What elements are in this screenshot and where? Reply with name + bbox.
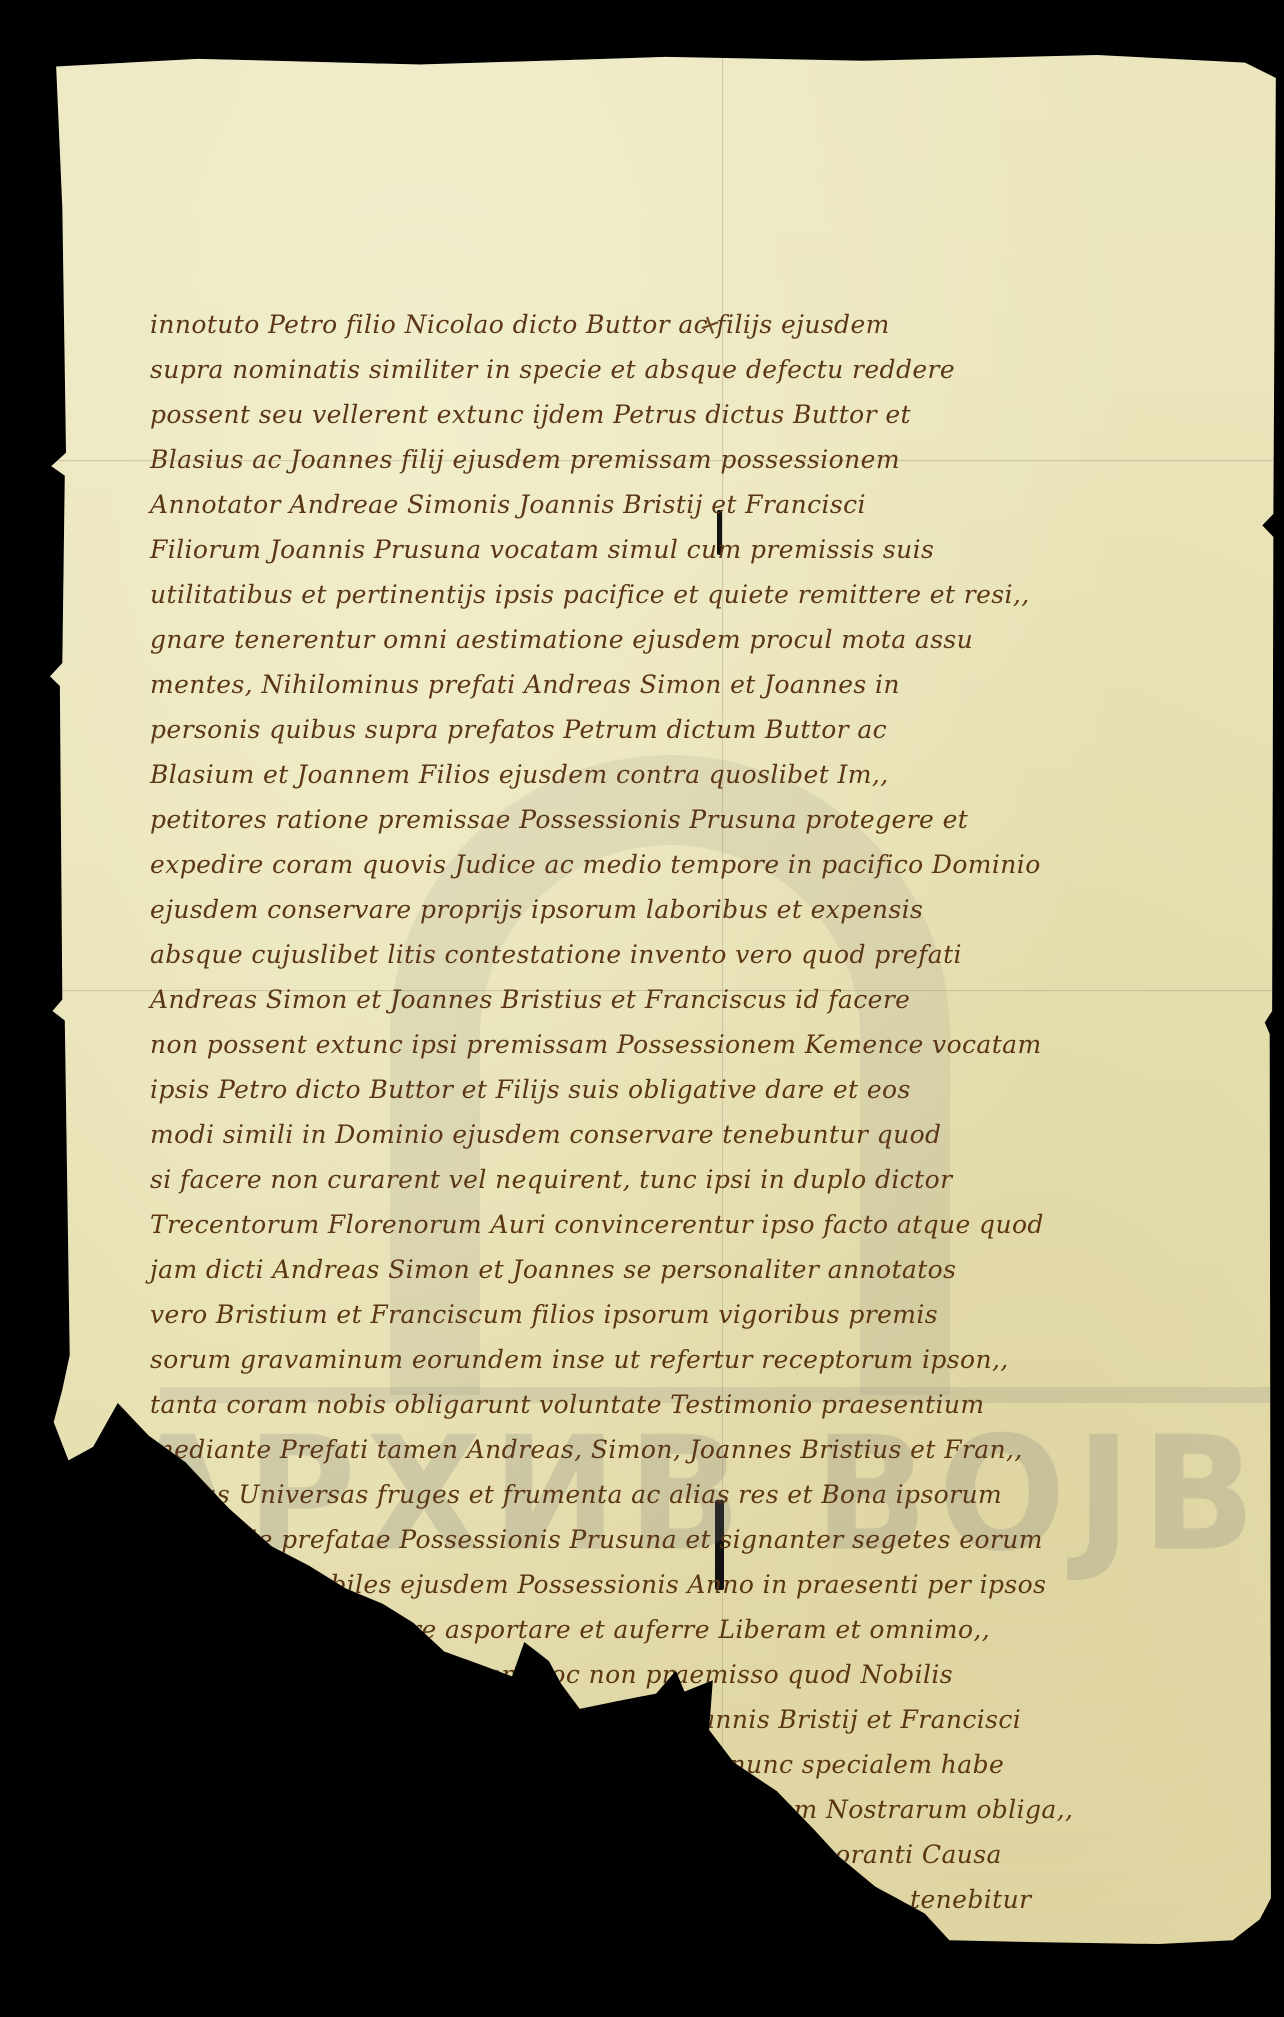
text-line: dam habebunt facultatem hoc non praemiss… xyxy=(190,1660,953,1689)
text-line: ...n alias ...istere commoranti Causa xyxy=(530,1840,1002,1869)
text-line: Blasius ac Joannes filij ejusdem premiss… xyxy=(150,445,900,474)
text-line: sorum gravaminum eorundem inse ut refert… xyxy=(150,1345,1009,1374)
text-line: mediante Prefati tamen Andreas, Simon, J… xyxy=(150,1435,1023,1464)
text-line: gnare tenerentur omni aestimatione ejusd… xyxy=(150,625,973,654)
text-line: personis quibus supra prefatos Petrum di… xyxy=(150,715,887,744)
text-line: Annotator Andreae Simonis Joannis Bristi… xyxy=(150,490,866,519)
text-line: ipsis Petro dicto Buttor et Filijs suis … xyxy=(150,1075,911,1104)
text-line: si facere non curarent vel nequirent, tu… xyxy=(150,1165,952,1194)
text-line: modi simili in Dominio ejusdem conservar… xyxy=(150,1120,941,1149)
manuscript-text: innotuto Petro filio Nicolao dicto Butto… xyxy=(50,55,1282,1967)
text-line: innotuto Petro filio Nicolao dicto Butto… xyxy=(150,310,890,339)
text-line: tanta coram nobis obligarunt voluntate T… xyxy=(150,1390,985,1419)
text-line: tenebitur xyxy=(910,1885,1031,1914)
text-line: Trecentorum Florenorum Auri convincerent… xyxy=(150,1210,1044,1239)
text-line: Andreas Simon et Joannes Bristius et Fra… xyxy=(150,985,910,1014)
text-line: utilitatibus et pertinentijs ipsis pacif… xyxy=(150,580,1030,609)
text-line: ciscus Universas fruges et frumenta ac a… xyxy=(150,1480,1002,1509)
text-line: vero Bristium et Franciscum filios ipsor… xyxy=(150,1300,938,1329)
text-line: Domina Mater prefatorum Simonis Joannis … xyxy=(210,1705,1021,1734)
manuscript-page: АРХИВ ВОЈВОДИНЕ + innotuto Petro filio N… xyxy=(50,55,1282,1967)
text-line: Filiorum Joannis Prusuna vocatam simul c… xyxy=(150,535,934,564)
text-line: ...lent... post harum Literarum Nostraru… xyxy=(420,1795,1073,1824)
text-line: absque cujuslibet litis contestatione in… xyxy=(150,940,962,969)
text-line: mentes, Nihilominus prefati Andreas Simo… xyxy=(150,670,900,699)
text-line: Bristi possessione Prusuna in qua nunc s… xyxy=(280,1750,1004,1779)
text-line: Blasium et Joannem Filios ejusdem contra… xyxy=(150,760,889,789)
text-line: jam dicti Andreas Simon et Joannes se pe… xyxy=(150,1255,956,1284)
text-line: ejusdem conservare proprijs ipsorum labo… xyxy=(150,895,923,924)
text-line: possent seu vellerent extunc ijdem Petru… xyxy=(150,400,911,429)
text-line: ad terras arabiles ejusdem Possessionis … xyxy=(160,1570,1046,1599)
text-line: petitores ratione premissae Possessionis… xyxy=(150,805,968,834)
text-line: de specie prefatae Possessionis Prusuna … xyxy=(150,1525,1043,1554)
text-line: seminatas deducere asportare et auferre … xyxy=(175,1615,990,1644)
text-line: non possent extunc ipsi premissam Posses… xyxy=(150,1030,1042,1059)
text-line: expedire coram quovis Judice ac medio te… xyxy=(150,850,1041,879)
text-line: supra nominatis similiter in specie et a… xyxy=(150,355,955,384)
